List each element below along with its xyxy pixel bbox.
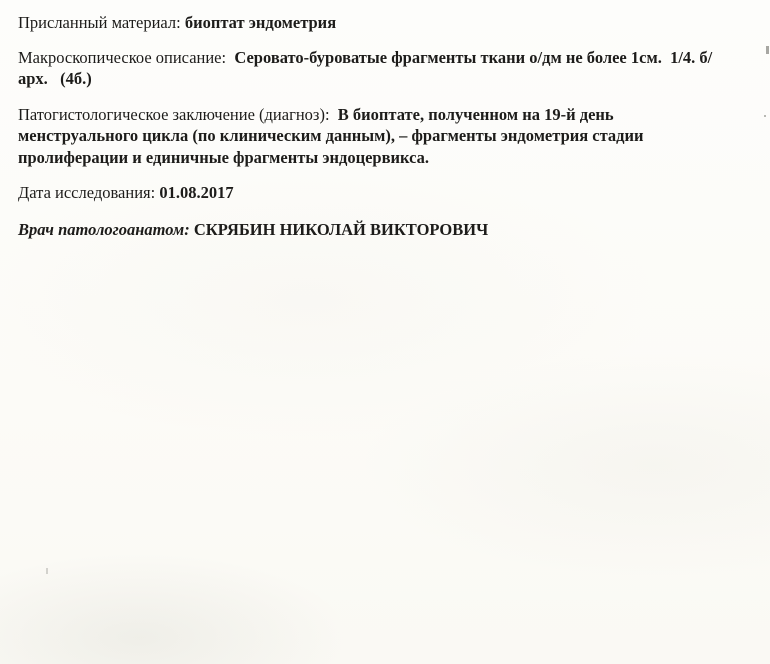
pathologist-name: СКРЯБИН НИКОЛАЙ ВИКТОРОВИЧ bbox=[194, 220, 488, 239]
histology-conclusion-label: Патогистологическое заключение (диагноз)… bbox=[18, 105, 330, 124]
study-date-label: Дата исследования: bbox=[18, 183, 155, 202]
sent-material-value: биоптат эндометрия bbox=[185, 13, 336, 32]
study-date-value: 01.08.2017 bbox=[159, 183, 233, 202]
pathologist-label: Врач патологоанатом: bbox=[18, 220, 190, 239]
field-pathologist: Врач патологоанатом: СКРЯБИН НИКОЛАЙ ВИК… bbox=[18, 219, 736, 241]
field-histology-conclusion: Патогистологическое заключение (диагноз)… bbox=[18, 104, 736, 169]
sent-material-label: Присланный материал: bbox=[18, 13, 181, 32]
field-study-date: Дата исследования: 01.08.2017 bbox=[18, 182, 736, 204]
label-gap bbox=[330, 105, 338, 124]
report-body: Присланный материал: биоптат эндометрия … bbox=[0, 0, 770, 240]
scan-artifact-speck bbox=[764, 115, 766, 117]
field-macro-description: Макроскопическое описание: Серовато-буро… bbox=[18, 47, 736, 90]
macro-description-label: Макроскопическое описание: bbox=[18, 48, 226, 67]
scan-artifact-speck bbox=[46, 568, 48, 574]
scanned-report-page: Присланный материал: биоптат эндометрия … bbox=[0, 0, 770, 664]
scan-artifact-speck bbox=[766, 46, 769, 54]
field-sent-material: Присланный материал: биоптат эндометрия bbox=[18, 12, 736, 34]
